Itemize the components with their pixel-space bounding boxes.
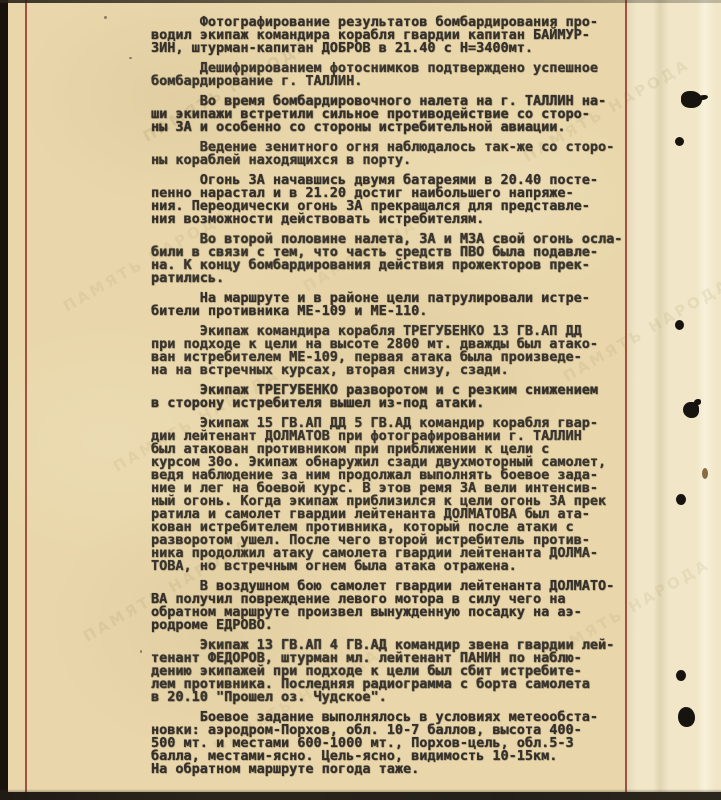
document-paragraph: Экипаж командира корабля ТРЕГУБЕНКО 13 Г… [151, 325, 625, 377]
document-paragraph: Боевое задание выполнялось в условиях ме… [151, 711, 625, 776]
ink-dot [675, 320, 684, 330]
scan-edge-top [0, 0, 721, 3]
ink-blot [681, 91, 702, 108]
ink-blot [683, 402, 699, 418]
paper-speck [129, 57, 132, 59]
scan-edge-left [0, 0, 8, 800]
scanned-page: ПАМЯТЬ НАРОДА ПАМЯТЬ НАРОДА ПАМЯТЬ НАРОД… [0, 0, 721, 800]
document-paragraph: Во второй половине налета, ЗА и МЗА свой… [151, 233, 625, 285]
page-right-margin [627, 0, 721, 800]
document-text: Фотографирование результатов бомбардиров… [151, 16, 625, 783]
document-paragraph: Огонь ЗА начавшись двумя батареями в 20.… [151, 174, 625, 226]
document-paragraph: Экипаж 15 ГВ.АП ДД 5 ГВ.АД командир кора… [151, 417, 625, 573]
document-paragraph: Дешифрированием фотоснимков подтверждено… [151, 62, 625, 88]
margin-rule-left [25, 0, 27, 800]
ink-dot [676, 670, 686, 681]
paper-speck [104, 16, 107, 19]
document-paragraph: В воздушном бою самолет гвардии лейтенан… [151, 580, 625, 632]
document-paragraph: Фотографирование результатов бомбардиров… [151, 16, 625, 55]
document-paragraph: Экипаж ТРЕГУБЕНКО разворотом и с резким … [151, 384, 625, 410]
document-paragraph: На маршруте и в районе цели патрулировал… [151, 292, 625, 318]
ink-dot [676, 494, 686, 505]
ink-blot [678, 707, 695, 727]
document-paragraph: Экипаж 13 ГВ.АП 4 ГВ.АД командир звена г… [151, 639, 625, 704]
scan-edge-bottom [0, 792, 721, 800]
document-paragraph: Ведение зенитного огня наблюдалось так-ж… [151, 141, 625, 167]
paper-stain [702, 468, 708, 479]
document-paragraph: Во время бомбардировочного налета на г. … [151, 95, 625, 134]
paper-speck [140, 650, 142, 653]
margin-rule-right [625, 0, 627, 800]
ink-dot [675, 137, 684, 146]
